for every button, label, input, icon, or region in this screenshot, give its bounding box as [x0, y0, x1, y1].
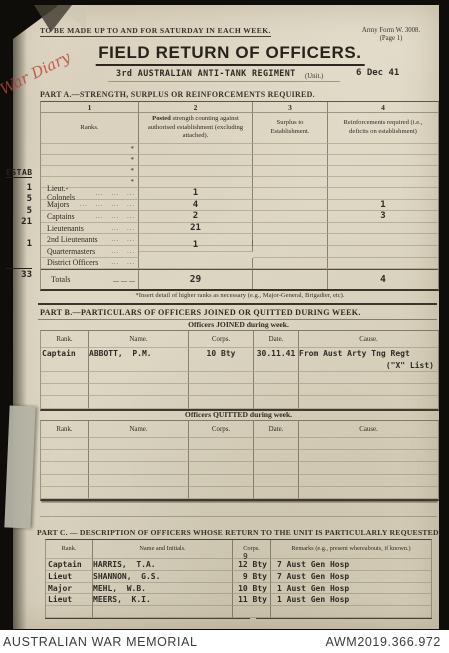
- rank-row: Captains... ... ... 2 3: [41, 211, 438, 223]
- rank-row: Majors... ... ... ... 4 1: [41, 200, 438, 212]
- ranks-header: Ranks.: [41, 113, 139, 144]
- part-c-heading: PART C. — DESCRIPTION OF OFFICERS WHOSE …: [37, 528, 441, 537]
- posted-value: 4: [139, 200, 253, 212]
- rank-label: Quartermasters: [47, 247, 95, 256]
- officer-corps: 9 Bty: [233, 571, 271, 583]
- date-header: Date.: [254, 421, 299, 438]
- surplus-header: Surplus to Establishment.: [253, 113, 328, 144]
- blank-rank-row: *: [41, 144, 438, 155]
- form-number: Army Form W. 3008. (Page 1): [345, 27, 437, 44]
- totals-surplus: [253, 269, 328, 289]
- posted-value: 2: [139, 211, 253, 223]
- empty-row: [41, 438, 438, 450]
- corps-header: Corps.: [189, 421, 254, 438]
- reinforcements-header: Reinforcements required (i.e., deficits …: [328, 113, 438, 144]
- requested-officer-row: Lieut SHANNON, G.S. 9 Bty 7 Aust Gen Hos…: [46, 571, 431, 583]
- surplus-value: [253, 258, 328, 270]
- awm-footer-bar: AUSTRALIAN WAR MEMORIAL AWM2019.366.972: [0, 630, 449, 653]
- cause-header: Cause.: [299, 331, 438, 348]
- rank-label: Majors: [47, 200, 69, 209]
- margin-estab-value: 5: [6, 206, 32, 216]
- part-a-heading: PART A.—STRENGTH, SURPLUS OR REINFORCEME…: [40, 90, 315, 99]
- posted-value: 1: [139, 188, 253, 200]
- rank-header: Rank.: [41, 421, 89, 438]
- institution-name: AUSTRALIAN WAR MEMORIAL: [3, 635, 198, 649]
- officer-name: MEERS, K.I.: [93, 594, 233, 606]
- reinforcements-value: 3: [328, 211, 438, 223]
- part-c-bottom-rule: [45, 618, 250, 619]
- form-title: FIELD RETURN OF OFFICERS.: [95, 43, 364, 66]
- officer-corps: 12 Bty: [233, 559, 271, 571]
- rank-row: District Officers... ...: [41, 258, 438, 270]
- surplus-value: [253, 200, 328, 212]
- dot-leader: ... ...: [111, 236, 135, 243]
- officer-remarks: 7 Aust Gen Hosp: [271, 559, 431, 571]
- officer-remarks: 7 Aust Gen Hosp: [271, 571, 431, 583]
- col-num: 1: [41, 102, 139, 113]
- rank-label: Lieutenants: [47, 224, 84, 233]
- name-initials-header: Name and Initials.: [93, 540, 233, 559]
- officers-joined-title: Officers JOINED during week.: [40, 320, 437, 329]
- section-separator: [40, 516, 437, 517]
- quitted-header-row: Rank. Name. Corps. Date. Cause.: [41, 421, 438, 438]
- joined-date: 30.11.41: [254, 348, 299, 372]
- report-date: 6 Dec 41: [356, 68, 399, 78]
- empty-row: [41, 462, 438, 474]
- blank-rank-row: *: [41, 155, 438, 166]
- paper-edge-shadow: [13, 5, 27, 629]
- requested-officer-row: Lieut MEERS, K.I. 11 Bty 1 Aust Gen Hosp: [46, 594, 431, 606]
- empty-row: [41, 450, 438, 462]
- joined-corps: 10 Bty: [189, 348, 254, 372]
- corps-header: Corps.: [189, 331, 254, 348]
- margin-estab-header: ESTAB: [6, 168, 32, 178]
- joined-row: Captain ABBOTT, P.M. 10 Bty 30.11.41 Fro…: [41, 348, 438, 372]
- empty-row: [46, 606, 431, 618]
- officers-quitted-table: Rank. Name. Corps. Date. Cause.: [40, 420, 439, 501]
- form-number-line: Army Form W. 3008.: [345, 27, 437, 35]
- part-a-footnote: *Insert detail of higher ranks as necess…: [60, 292, 420, 299]
- officer-remarks: 1 Aust Gen Hosp: [271, 594, 431, 606]
- unit-label: (Unit.): [305, 73, 323, 80]
- stray-typed-character: 9: [243, 552, 248, 562]
- rank-label: 2nd Lieutenants: [47, 235, 98, 244]
- rank-row: Lieutenants... ... 21: [41, 223, 438, 235]
- surplus-value: [253, 223, 328, 235]
- rank-label: District Officers: [47, 258, 98, 267]
- joined-cause: From Aust Arty Tng Regt("X" List): [299, 348, 438, 372]
- asterisk: *: [41, 144, 139, 155]
- unit-name: 3rd AUSTRALIAN ANTI-TANK REGIMENT: [116, 68, 296, 78]
- reinforcements-value: [328, 258, 438, 270]
- officer-name: HARRIS, T.A.: [93, 559, 233, 571]
- joined-header-row: Rank. Name. Corps. Date. Cause.: [41, 331, 438, 348]
- unit-underline: [108, 81, 340, 82]
- empty-row: [41, 372, 438, 384]
- rank-label: Captains: [47, 212, 75, 221]
- margin-estab-value: 5: [6, 194, 32, 204]
- empty-row: [41, 384, 438, 396]
- part-c-bottom-rule: [256, 618, 432, 619]
- name-header: Name.: [89, 331, 189, 348]
- part-c-header-row: Rank. Name and Initials. Corps.9 Remarks…: [46, 540, 431, 559]
- name-header: Name.: [89, 421, 189, 438]
- posted-value: 21: [139, 223, 253, 235]
- blank-rank-row: *: [41, 166, 438, 177]
- rank-header: Rank.: [46, 540, 93, 559]
- form-instruction: TO BE MADE UP TO AND FOR SATURDAY IN EAC…: [40, 26, 271, 37]
- asterisk: *: [41, 166, 139, 177]
- underlying-page-edge: [4, 405, 35, 528]
- totals-row: Totals... ... ... 29 4: [41, 269, 438, 289]
- totals-label: Totals: [51, 275, 70, 284]
- reinforcements-value: [328, 246, 438, 258]
- date-header: Date.: [254, 331, 299, 348]
- col-num: 2: [139, 102, 253, 113]
- posted-value: [139, 258, 253, 270]
- totals-reinforcements: 4: [328, 269, 438, 289]
- corps-header: Corps.9: [233, 540, 271, 559]
- margin-estab-value: 1: [6, 183, 32, 193]
- officers-quitted-title: Officers QUITTED during week.: [40, 410, 437, 419]
- part-c-table: Rank. Name and Initials. Corps.9 Remarks…: [45, 539, 432, 618]
- surplus-value: [253, 188, 328, 200]
- empty-row: [41, 396, 438, 408]
- officer-name: SHANNON, G.S.: [93, 571, 233, 583]
- empty-row: [41, 487, 438, 499]
- catalog-number: AWM2019.366.972: [325, 635, 441, 649]
- rank-row: Quartermasters... ... 1: [41, 246, 438, 258]
- surplus-value: [253, 234, 328, 246]
- officer-rank: Lieut: [46, 594, 93, 606]
- posted-value: 1: [139, 240, 253, 252]
- posted-strength-header: Posted strength counting against authori…: [139, 113, 253, 144]
- surplus-value: [253, 246, 328, 258]
- col-num: 4: [328, 102, 438, 113]
- joined-name: ABBOTT, P.M.: [89, 348, 189, 372]
- officers-joined-table: Rank. Name. Corps. Date. Cause. Captain …: [40, 330, 439, 411]
- reinforcements-value: [328, 223, 438, 235]
- officer-rank: Lieut: [46, 571, 93, 583]
- requested-officer-row: Major MEHL, W.B. 10 Bty 1 Aust Gen Hosp: [46, 583, 431, 595]
- reinforcements-value: 1: [328, 200, 438, 212]
- dot-leader: ... ...: [111, 225, 135, 232]
- rank-row: Lieut.-Colonels... ... ... 1: [41, 188, 438, 200]
- column-header-row: Ranks. Posted strength counting against …: [41, 113, 438, 144]
- requested-officer-row: Captain HARRIS, T.A. 12 Bty 7 Aust Gen H…: [46, 559, 431, 571]
- officer-rank: Major: [46, 583, 93, 595]
- officer-rank: Captain: [46, 559, 93, 571]
- cause-header: Cause.: [299, 421, 438, 438]
- part-a-table: 1 2 3 4 Ranks. Posted strength counting …: [40, 101, 439, 291]
- officer-remarks: 1 Aust Gen Hosp: [271, 583, 431, 595]
- dot-leader: ... ... ... ...: [80, 201, 135, 208]
- officer-name: MEHL, W.B.: [93, 583, 233, 595]
- reinforcements-value: [328, 188, 438, 200]
- empty-row: [41, 475, 438, 487]
- dot-leader: ... ...: [111, 259, 135, 266]
- column-number-row: 1 2 3 4: [41, 102, 438, 113]
- dot-leader: ... ... ...: [96, 190, 135, 197]
- totals-posted: 29: [139, 269, 253, 289]
- dot-leader: ... ... ...: [96, 213, 135, 220]
- officer-corps: 11 Bty: [233, 594, 271, 606]
- margin-estab-value: 1: [6, 239, 32, 249]
- rank-header: Rank.: [41, 331, 89, 348]
- margin-estab-total: 33: [6, 268, 32, 280]
- surplus-value: [253, 211, 328, 223]
- margin-estab-value: 21: [6, 217, 32, 227]
- col-num: 3: [253, 102, 328, 113]
- dot-leader: ... ...: [111, 248, 135, 255]
- asterisk: *: [41, 155, 139, 166]
- blank-rank-row: *: [41, 177, 438, 188]
- remarks-header: Remarks (e.g., present whereabouts, if k…: [271, 540, 431, 559]
- part-b-heading: PART B.—PARTICULARS OF OFFICERS JOINED O…: [38, 303, 437, 320]
- joined-rank: Captain: [41, 348, 89, 372]
- reinforcements-value: [328, 234, 438, 246]
- scanned-document-page: TO BE MADE UP TO AND FOR SATURDAY IN EAC…: [0, 0, 449, 653]
- dot-leader: ... ... ...: [113, 275, 135, 284]
- officer-corps: 10 Bty: [233, 583, 271, 595]
